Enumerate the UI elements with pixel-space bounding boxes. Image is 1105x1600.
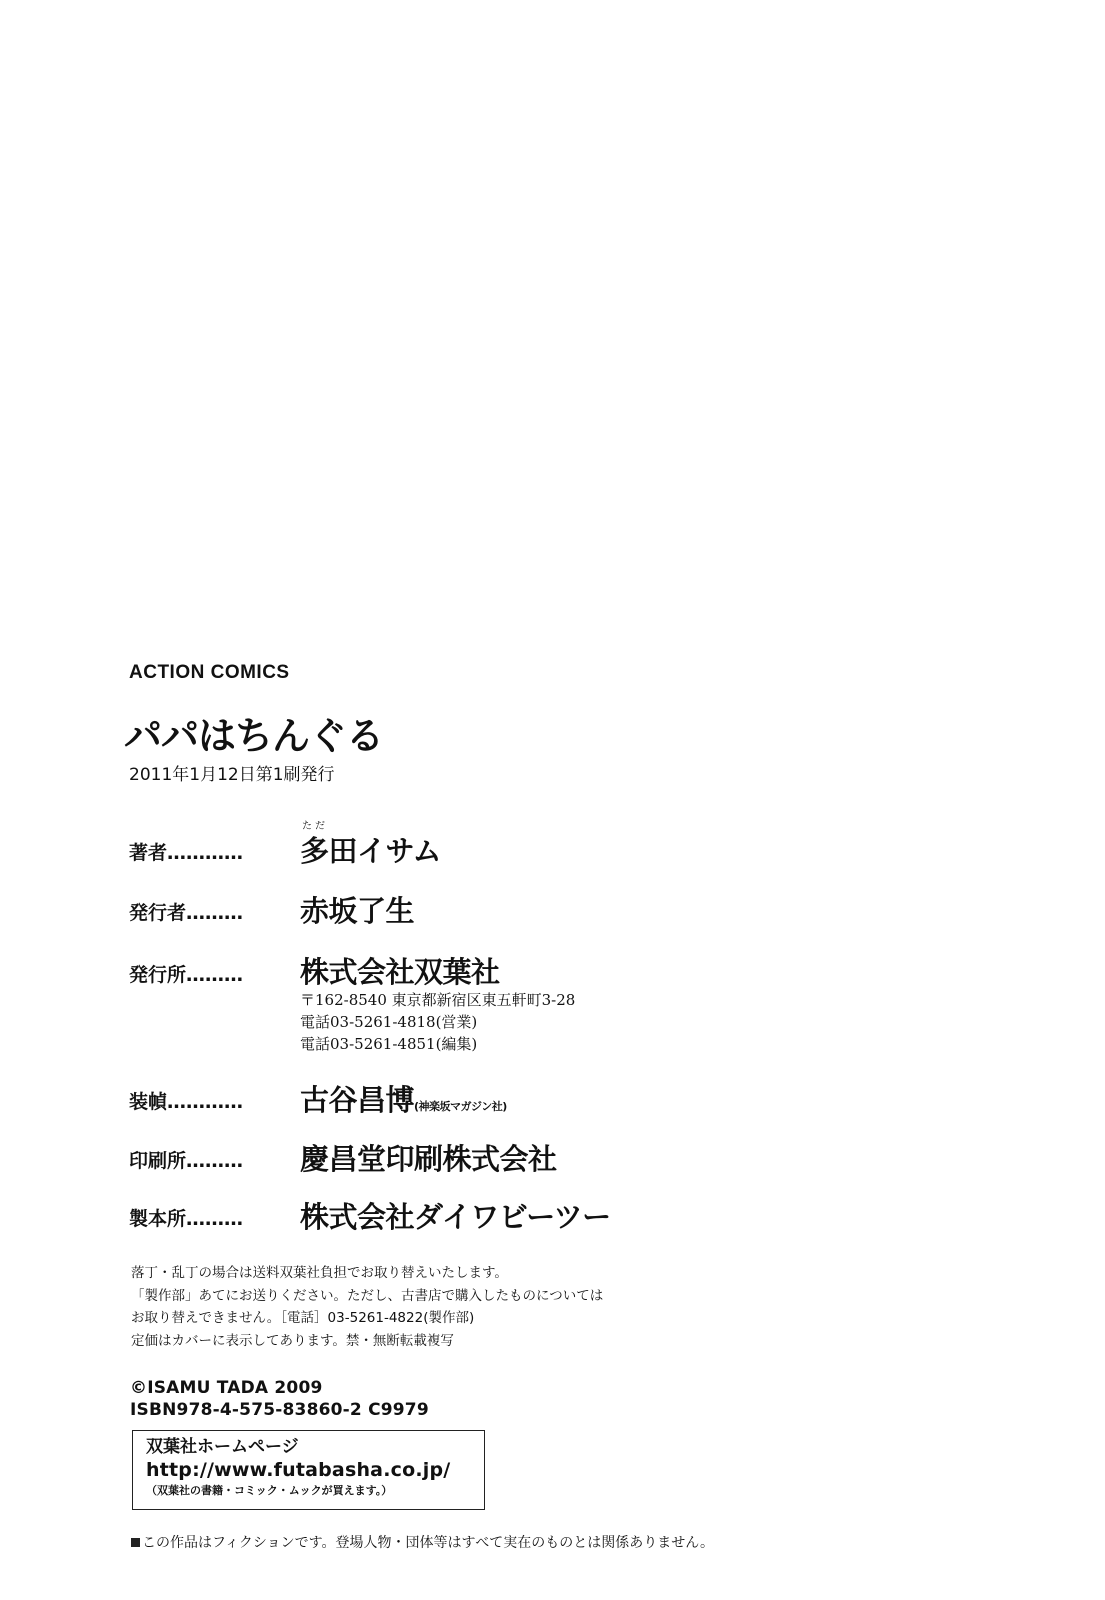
credit-label-text: 発行者 bbox=[129, 902, 186, 924]
disclaimer-text: この作品はフィクションです。登場人物・団体等はすべて実在のものとは関係ありません… bbox=[142, 1535, 714, 1551]
postal-address: 〒162-8540 東京都新宿区東五軒町3-28 bbox=[300, 989, 575, 1011]
credit-label-text: 製本所 bbox=[129, 1208, 186, 1230]
print-date: 2011年1月12日第1刷発行 bbox=[129, 760, 335, 785]
designer-name-text: 古谷昌博 bbox=[300, 1083, 414, 1117]
credit-label-text: 印刷所 bbox=[129, 1150, 186, 1172]
series-name: ACTION COMICS bbox=[129, 662, 290, 684]
credit-label-author: 著者………… bbox=[129, 838, 243, 865]
designer-name: 古谷昌博(神楽坂マガジン社) bbox=[300, 1078, 507, 1119]
notice-line: 「製作部」あてにお送りください。ただし、古書店で購入したものについては bbox=[131, 1285, 603, 1308]
dot-leader: ……… bbox=[186, 964, 243, 986]
notice-line: お取り替えできません。［電話］03-5261-4822(製作部) bbox=[131, 1307, 603, 1330]
homepage-title: 双葉社ホームページ bbox=[146, 1436, 484, 1458]
dot-leader: ……… bbox=[186, 1208, 243, 1230]
isbn-line: ISBN978-4-575-83860-2 C9979 bbox=[130, 1399, 429, 1421]
credit-label-publisher: 発行者……… bbox=[129, 898, 243, 925]
credit-label-printer: 印刷所……… bbox=[129, 1146, 243, 1173]
publisher-address-block: 〒162-8540 東京都新宿区東五軒町3-28 電話03-5261-4818(… bbox=[300, 989, 575, 1055]
book-title: パパはちんぐる bbox=[124, 705, 383, 760]
homepage-url: http://www.futabasha.co.jp/ bbox=[146, 1458, 484, 1482]
dot-leader: ……… bbox=[186, 902, 243, 924]
dot-leader: ………… bbox=[167, 1091, 243, 1113]
credit-label-publishing-house: 発行所……… bbox=[129, 960, 243, 987]
credit-label-text: 著者 bbox=[129, 842, 167, 864]
publishing-house-name: 株式会社双葉社 bbox=[300, 950, 500, 991]
binder-name: 株式会社ダイワビーツー bbox=[300, 1195, 611, 1236]
replacement-notice: 落丁・乱丁の場合は送料双葉社負担でお取り替えいたします。 「製作部」あてにお送り… bbox=[131, 1262, 603, 1352]
credit-label-text: 発行所 bbox=[129, 964, 186, 986]
dot-leader: ………… bbox=[167, 842, 243, 864]
copyright-block: ©ISAMU TADA 2009 ISBN978-4-575-83860-2 C… bbox=[130, 1377, 429, 1421]
publisher-name: 赤坂了生 bbox=[300, 889, 414, 930]
copyright-line: ©ISAMU TADA 2009 bbox=[130, 1377, 429, 1399]
credit-label-text: 装幀 bbox=[129, 1091, 167, 1113]
author-name: 多田イサム bbox=[300, 829, 441, 870]
phone-sales: 電話03-5261-4818(営業) bbox=[300, 1011, 575, 1033]
square-bullet-icon bbox=[131, 1538, 140, 1547]
homepage-box: 双葉社ホームページ http://www.futabasha.co.jp/ （双… bbox=[132, 1430, 485, 1510]
designer-affiliation: (神楽坂マガジン社) bbox=[414, 1100, 507, 1113]
dot-leader: ……… bbox=[186, 1150, 243, 1172]
fiction-disclaimer: この作品はフィクションです。登場人物・団体等はすべて実在のものとは関係ありません… bbox=[131, 1532, 714, 1552]
credit-label-binder: 製本所……… bbox=[129, 1204, 243, 1231]
credit-label-design: 装幀………… bbox=[129, 1087, 243, 1114]
phone-editorial: 電話03-5261-4851(編集) bbox=[300, 1033, 575, 1055]
homepage-note: （双葉社の書籍・コミック・ムックが買えます。） bbox=[146, 1482, 484, 1500]
notice-line: 落丁・乱丁の場合は送料双葉社負担でお取り替えいたします。 bbox=[131, 1262, 603, 1285]
printer-name: 慶昌堂印刷株式会社 bbox=[300, 1137, 557, 1178]
notice-line: 定価はカバーに表示してあります。禁・無断転載複写 bbox=[131, 1330, 603, 1353]
